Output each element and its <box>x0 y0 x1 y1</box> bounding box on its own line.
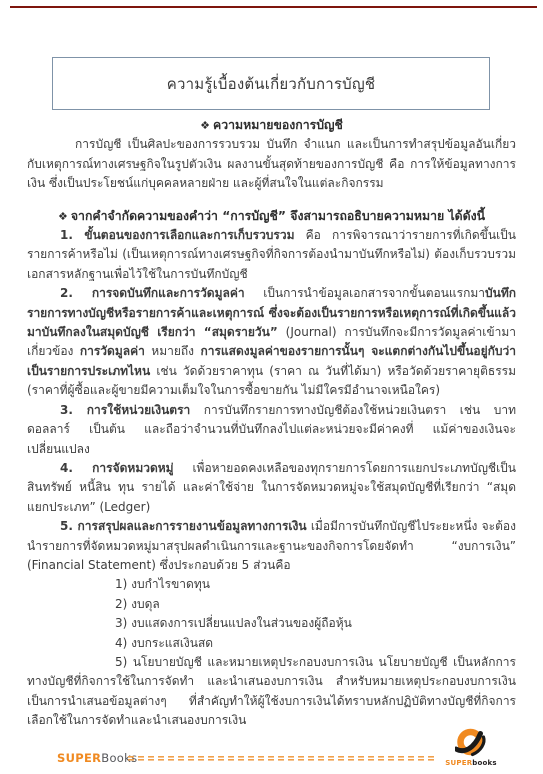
text-block: 5. การสรุปผลและการรายงานข้อมูลทางการเงิน… <box>27 517 516 575</box>
text-run: 3) งบแสดงการเปลี่ยนแปลงในส่วนของผู้ถือหุ… <box>115 616 352 630</box>
logo-text-super: SUPER <box>445 759 472 767</box>
text-run: หมายถึง <box>145 344 201 358</box>
bold-text-run: 2. การจดบันทึกและการวัดมูลค่า <box>60 286 245 300</box>
logo-text-books: books <box>472 759 496 767</box>
text-run: 4) งบกระแสเงินสด <box>115 636 213 650</box>
text-block: 3) งบแสดงการเปลี่ยนแปลงในส่วนของผู้ถือหุ… <box>27 614 516 633</box>
section-heading: ❖ความหมายของการบัญชี <box>27 116 516 135</box>
section-heading-text: ความหมายของการบัญชี <box>213 118 343 132</box>
bold-text-run: 3. การใช้หน่วยเงินตรา <box>60 403 190 417</box>
page-footer: SUPERBooks SUPERbooks <box>0 716 543 774</box>
text-run: 2) งบดุล <box>115 597 160 611</box>
superbooks-logo: SUPERbooks <box>445 728 497 767</box>
text-block: 1) งบกำไรขาดทุน <box>27 575 516 594</box>
bold-text-run: การวัดมูลค่า <box>80 344 145 358</box>
text-block: 3. การใช้หน่วยเงินตรา การบันทึกรายการทาง… <box>27 401 516 459</box>
footer-dashed-rule <box>128 756 436 761</box>
top-decorative-rule <box>10 6 537 8</box>
text-block: 4) งบกระแสเงินสด <box>27 634 516 653</box>
section-heading: ❖จากคำจำกัดความของคำว่า “การบัญชี” จึงสา… <box>27 207 516 226</box>
diamond-bullet-icon: ❖ <box>58 210 68 223</box>
text-block: 2. การจดบันทึกและการวัดมูลค่า เป็นการนำข… <box>27 284 516 400</box>
bold-text-run: 1. ขั้นตอนของการเลือกและการเก็บรวบรวม <box>60 228 295 242</box>
document-page: ความรู้เบื้องต้นเกี่ยวกับการบัญชี ❖ความห… <box>0 0 543 774</box>
footer-brand: SUPERBooks <box>57 751 137 765</box>
section-heading-text: จากคำจำกัดความของคำว่า “การบัญชี” จึงสาม… <box>71 209 485 223</box>
page-title: ความรู้เบื้องต้นเกี่ยวกับการบัญชี <box>167 72 375 96</box>
chapter-title-box: ความรู้เบื้องต้นเกี่ยวกับการบัญชี <box>52 57 490 110</box>
superbooks-logo-icon <box>455 728 487 758</box>
text-block: 1. ขั้นตอนของการเลือกและการเก็บรวบรวม คื… <box>27 226 516 284</box>
text-block: 4. การจัดหมวดหมู่ เพื่อหายอดคงเหลือของทุ… <box>27 459 516 517</box>
bold-text-run: 4. การจัดหมวดหมู่ <box>60 461 174 475</box>
content-blocks: ❖ความหมายของการบัญชีการบัญชี เป็นศิลปะขอ… <box>27 116 516 731</box>
text-run: เป็นการนำข้อมูลเอกสารจากขั้นตอนแรกมา <box>245 286 485 300</box>
superbooks-logo-text: SUPERbooks <box>445 759 497 767</box>
footer-brand-super: SUPER <box>57 751 101 765</box>
text-run: การบัญชี เป็นศิลปะของการรวบรวม บันทึก จำ… <box>27 137 516 190</box>
text-block: การบัญชี เป็นศิลปะของการรวบรวม บันทึก จำ… <box>27 135 516 193</box>
diamond-bullet-icon: ❖ <box>200 119 210 132</box>
bold-text-run: 5. การสรุปผลและการรายงานข้อมูลทางการเงิน <box>60 519 307 533</box>
text-run: 1) งบกำไรขาดทุน <box>115 577 210 591</box>
text-block: 2) งบดุล <box>27 595 516 614</box>
